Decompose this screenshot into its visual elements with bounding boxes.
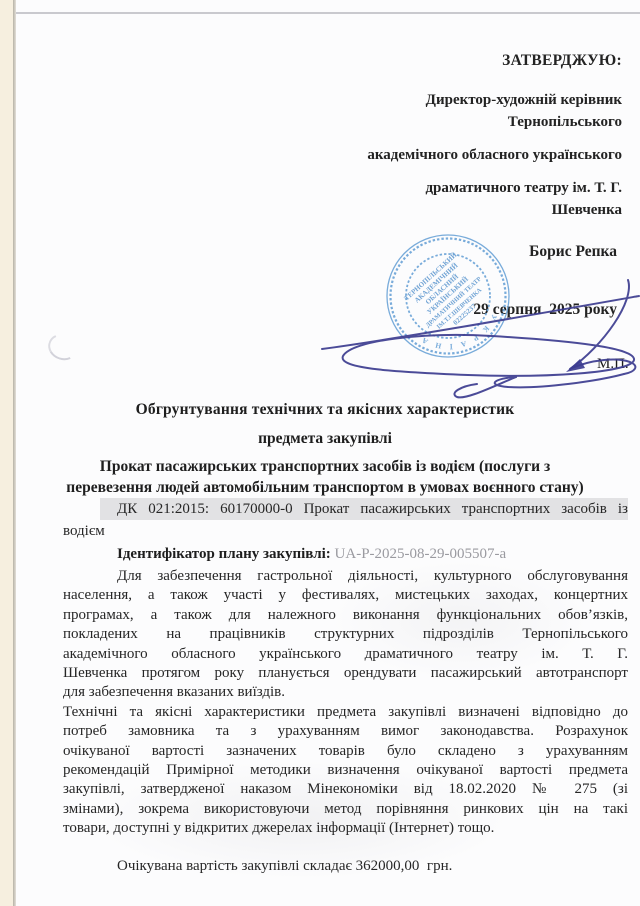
- document-title-block: Обгрунтування технічних та якісних харак…: [40, 399, 610, 498]
- approval-position-line: Шевченка: [262, 199, 622, 221]
- paragraph-line: програмах, а також для належного виконан…: [63, 606, 628, 625]
- paragraph-2: Технічні та якісні характеристики предме…: [63, 703, 628, 839]
- approval-position-line: драматичного театру ім. Т. Г.: [262, 177, 622, 199]
- document-title-line2: предмета закупівлі: [40, 428, 610, 449]
- approval-block: ЗАТВЕРДЖУЮ: Директор-художній керівник Т…: [262, 50, 622, 221]
- paragraph-line: товари, доступні у відкритих джерелах ін…: [63, 819, 628, 838]
- round-stamp-icon: У К Р А Ї Н А ТЕРНОПІЛЬСЬКИЙ АКАДЕМІЧНИЙ…: [383, 231, 513, 361]
- plan-identifier-line: Ідентифікатор плану закупівлі: UA-P-2025…: [63, 543, 628, 565]
- paragraph-1: Для забезпечення гастрольної діяльності,…: [63, 567, 628, 703]
- procurement-subject-line: перевезення людей автомобільним транспор…: [40, 477, 610, 498]
- plan-identifier-label: Ідентифікатор плану закупівлі:: [117, 546, 331, 562]
- paragraph-line: потреб замовника та з урахуванням вимог …: [63, 722, 628, 741]
- scan-left-margin: [0, 0, 13, 906]
- scanned-document-page: ЗАТВЕРДЖУЮ: Директор-художній керівник Т…: [0, 0, 640, 906]
- dk-classification-line: ДК 021:2015: 60170000-0 Прокат пасажирсь…: [100, 498, 628, 520]
- scan-top-edge: [16, 12, 640, 14]
- document-body: ДК 021:2015: 60170000-0 Прокат пасажирсь…: [63, 498, 628, 876]
- paragraph-line: населення, а також участі у фестивалях, …: [63, 586, 628, 605]
- paragraph-line: рекомендацій Примірної методики визначен…: [63, 761, 628, 780]
- approval-position-line: Директор-художній керівник: [262, 89, 622, 111]
- paragraph-line: очікуваної вартості зазначених товарів б…: [63, 742, 628, 761]
- paragraph-line: Шевченка протягом року планується оренду…: [63, 664, 628, 683]
- paragraph-line: для забезпечення вказаних виїздів.: [63, 683, 628, 702]
- seal-place-mark: М.П.: [597, 356, 629, 373]
- dk-classification-line2: водієм: [63, 520, 628, 542]
- paragraph-line: змінами), зокрема використовуючи метод п…: [63, 800, 628, 819]
- expected-value-line: Очікувана вартість закупівлі складає 362…: [63, 856, 628, 876]
- document-title: Обгрунтування технічних та якісних харак…: [40, 399, 610, 420]
- paragraph-line: Для забезпечення гастрольної діяльності,…: [63, 567, 628, 586]
- paragraph-line: покладених на працівників структурних пі…: [63, 625, 628, 644]
- paragraph-line: закупівлі, затвердженої наказом Мінеконо…: [63, 780, 628, 799]
- procurement-subject-line: Прокат пасажирських транспортних засобів…: [40, 456, 610, 477]
- scan-curl-artifact: [45, 330, 82, 364]
- approval-position-line: Тернопільського: [262, 111, 622, 133]
- paragraph-line: академічного обласного українського драм…: [63, 645, 628, 664]
- approval-position-line: академічного обласного українського: [262, 144, 622, 166]
- scan-page-edge: [13, 0, 16, 906]
- signer-name: Борис Репка: [529, 243, 617, 261]
- paragraph-line: Технічні та якісні характеристики предме…: [63, 703, 628, 722]
- approval-label: ЗАТВЕРДЖУЮ:: [262, 50, 622, 72]
- plan-identifier-value: UA-P-2025-08-29-005507-a: [335, 546, 507, 562]
